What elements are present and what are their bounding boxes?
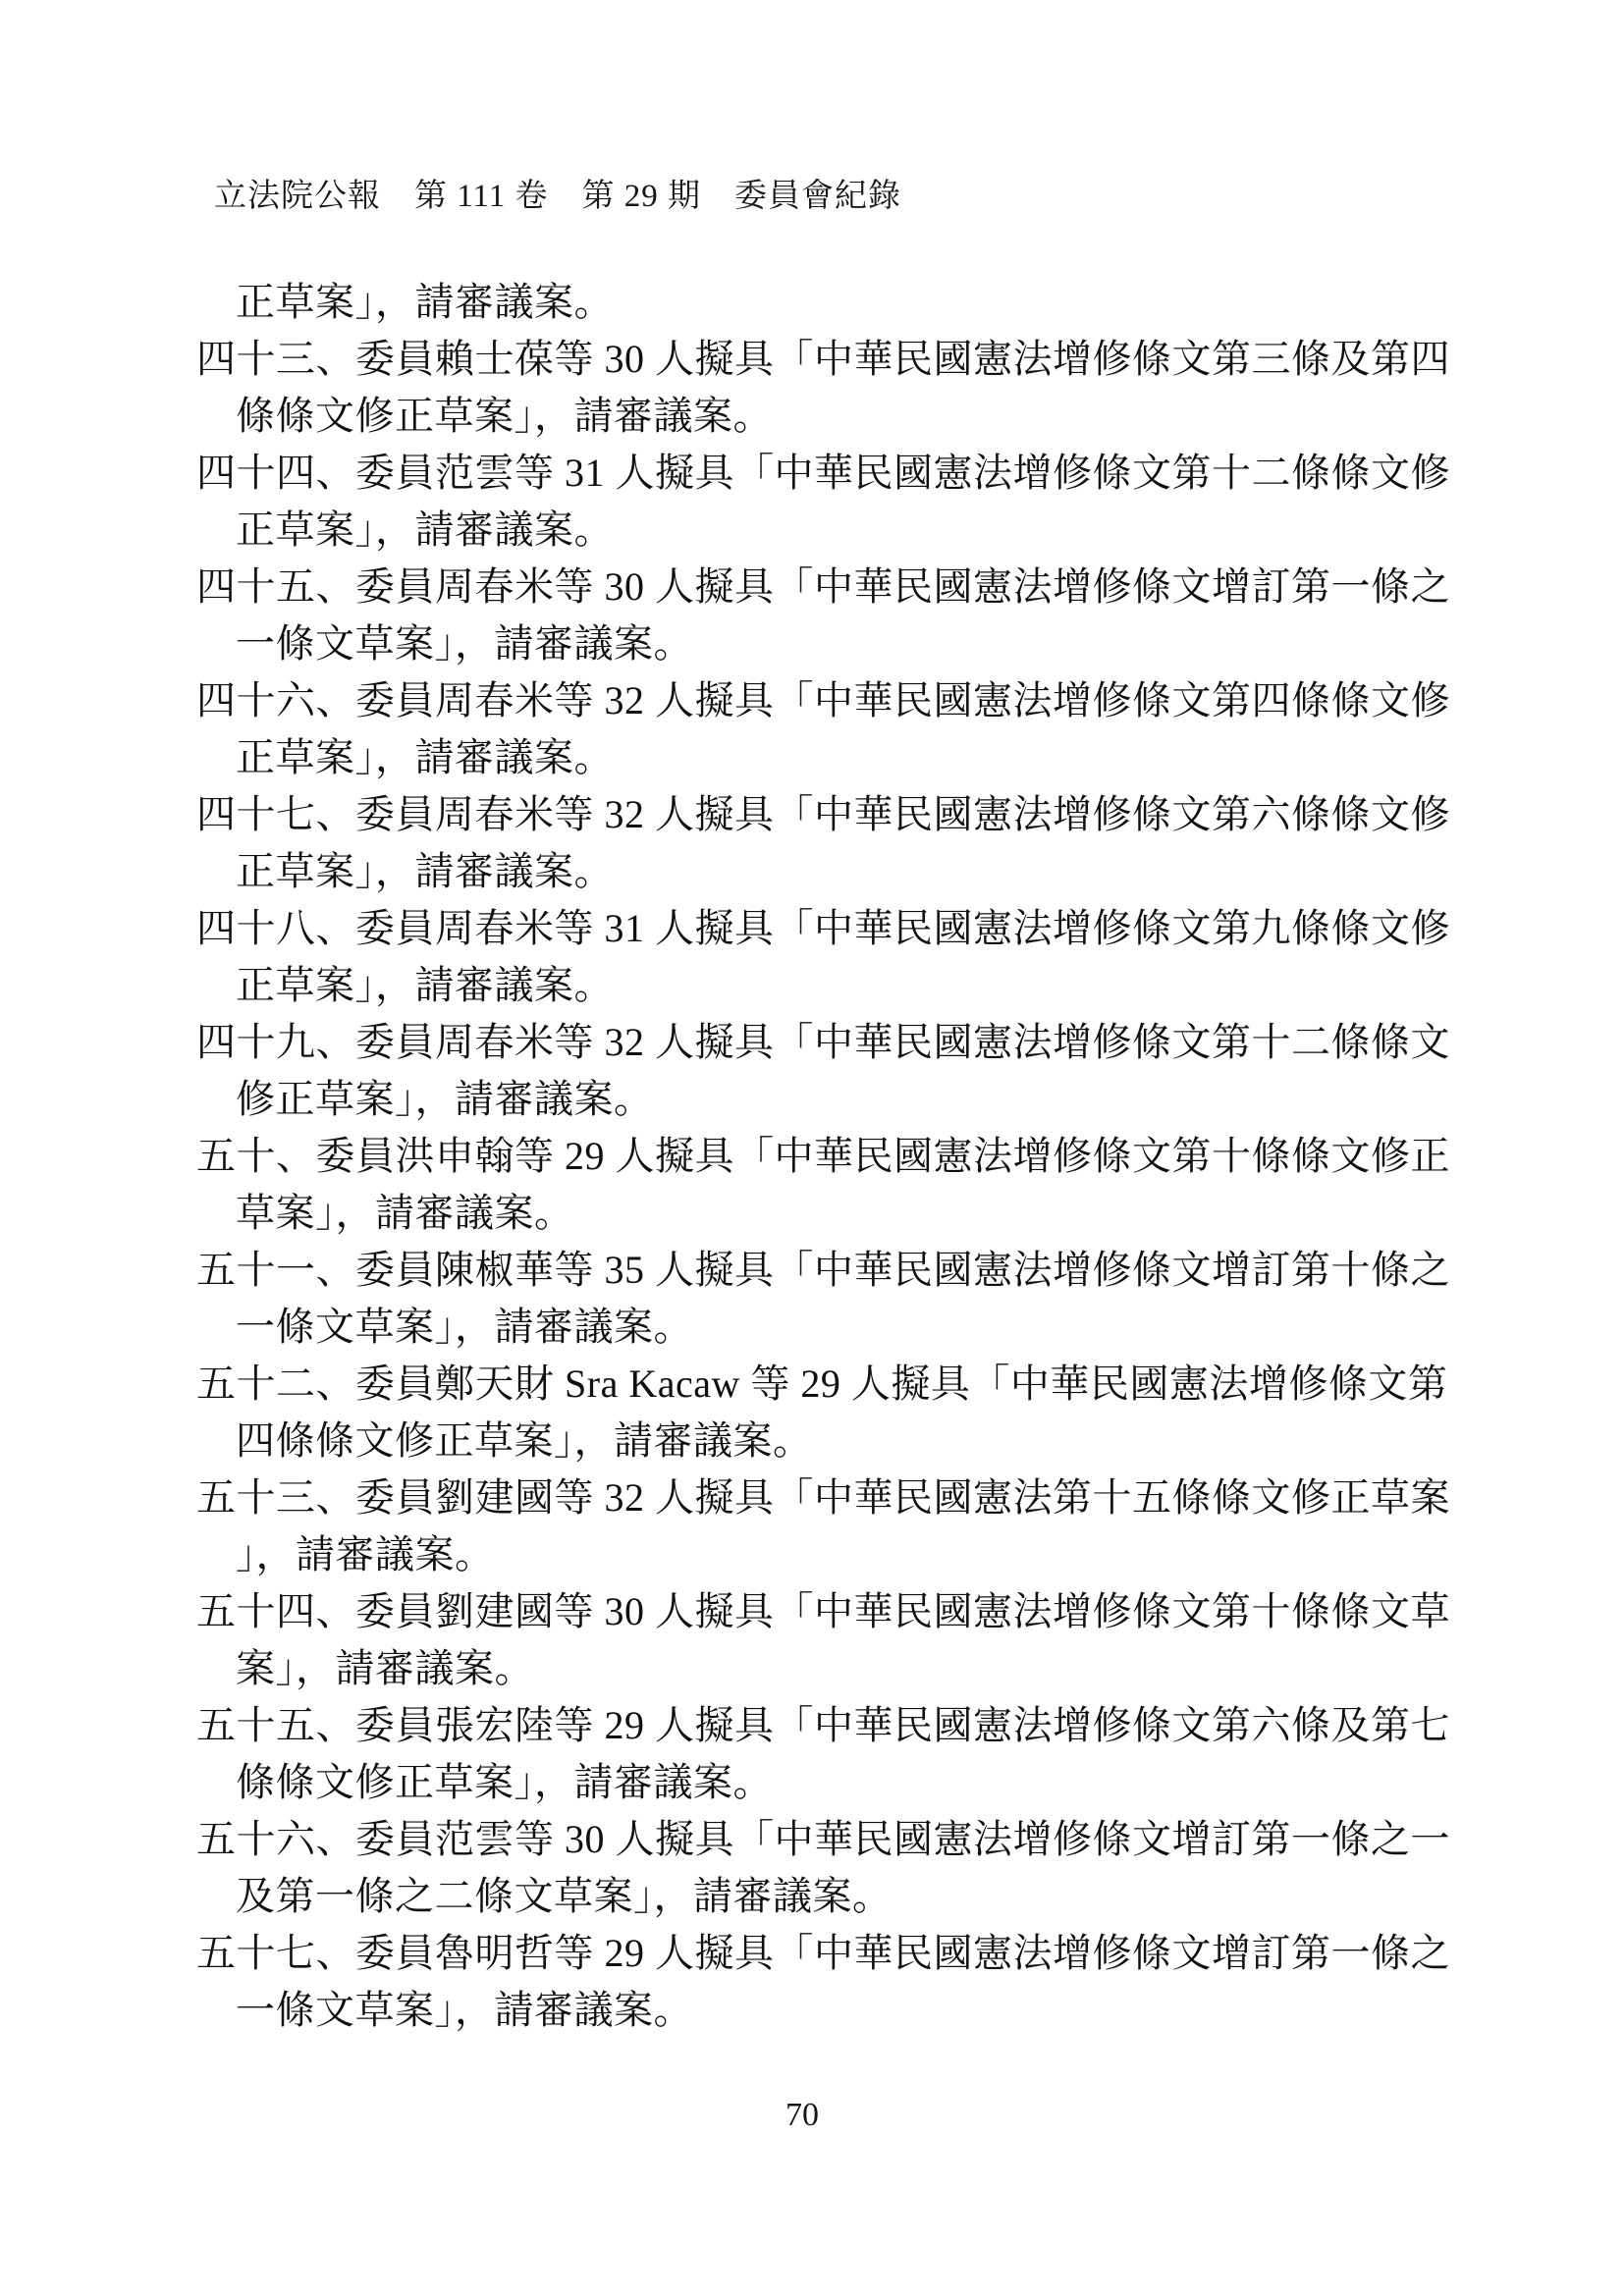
page-number: 70 — [0, 2097, 1604, 2134]
page-header: 立法院公報 第 111 卷 第 29 期 委員會紀錄 — [214, 175, 901, 218]
document-line: 五十五、委員張宏陸等 29 人擬具「中華民國憲法增修條文第六條及第七 — [196, 1697, 1473, 1754]
document-line: 正草案」，請審議案。 — [196, 502, 1473, 559]
document-line: 草案」，請審議案。 — [196, 1185, 1473, 1242]
document-line: 正草案」，請審議案。 — [196, 843, 1473, 900]
document-line: 正草案」，請審議案。 — [196, 957, 1473, 1014]
document-line: 條條文修正草案」，請審議案。 — [196, 388, 1473, 445]
document-line: 四十五、委員周春米等 30 人擬具「中華民國憲法增修條文增訂第一條之 — [196, 559, 1473, 615]
document-line: 一條文草案」，請審議案。 — [196, 615, 1473, 672]
document-line: 四十八、委員周春米等 31 人擬具「中華民國憲法增修條文第九條條文修 — [196, 900, 1473, 957]
document-line: 五十三、委員劉建國等 32 人擬具「中華民國憲法第十五條條文修正草案 — [196, 1469, 1473, 1526]
document-line: 四條條文修正草案」，請審議案。 — [196, 1413, 1473, 1469]
document-line: 四十四、委員范雲等 31 人擬具「中華民國憲法增修條文第十二條條文修 — [196, 445, 1473, 502]
document-line: 修正草案」，請審議案。 — [196, 1071, 1473, 1128]
document-line: 五十一、委員陳椒華等 35 人擬具「中華民國憲法增修條文增訂第十條之 — [196, 1242, 1473, 1299]
document-line: 五十二、委員鄭天財 Sra Kacaw 等 29 人擬具「中華民國憲法增修條文第 — [196, 1356, 1473, 1413]
document-line: 一條文草案」，請審議案。 — [196, 1299, 1473, 1356]
document-line: 四十七、委員周春米等 32 人擬具「中華民國憲法增修條文第六條條文修 — [196, 786, 1473, 843]
document-line: 四十六、委員周春米等 32 人擬具「中華民國憲法增修條文第四條條文修 — [196, 672, 1473, 729]
document-line: 五十七、委員魯明哲等 29 人擬具「中華民國憲法增修條文增訂第一條之 — [196, 1925, 1473, 1982]
document-line: 五十、委員洪申翰等 29 人擬具「中華民國憲法增修條文第十條條文修正 — [196, 1128, 1473, 1185]
document-line: 正草案」，請審議案。 — [196, 274, 1473, 331]
document-line: 五十六、委員范雲等 30 人擬具「中華民國憲法增修條文增訂第一條之一 — [196, 1811, 1473, 1868]
document-line: 四十三、委員賴士葆等 30 人擬具「中華民國憲法增修條文第三條及第四 — [196, 331, 1473, 388]
gazette-page: 立法院公報 第 111 卷 第 29 期 委員會紀錄 正草案」，請審議案。四十三… — [0, 0, 1624, 2296]
document-line: 及第一條之二條文草案」，請審議案。 — [196, 1868, 1473, 1925]
document-body: 正草案」，請審議案。四十三、委員賴士葆等 30 人擬具「中華民國憲法增修條文第三… — [196, 274, 1473, 2039]
document-line: 一條文草案」，請審議案。 — [196, 1982, 1473, 2039]
document-line: 正草案」，請審議案。 — [196, 729, 1473, 786]
document-line: 」，請審議案。 — [196, 1526, 1473, 1583]
document-line: 五十四、委員劉建國等 30 人擬具「中華民國憲法增修條文第十條條文草 — [196, 1583, 1473, 1640]
document-line: 條條文修正草案」，請審議案。 — [196, 1754, 1473, 1811]
document-line: 案」，請審議案。 — [196, 1640, 1473, 1697]
document-line: 四十九、委員周春米等 32 人擬具「中華民國憲法增修條文第十二條條文 — [196, 1014, 1473, 1071]
